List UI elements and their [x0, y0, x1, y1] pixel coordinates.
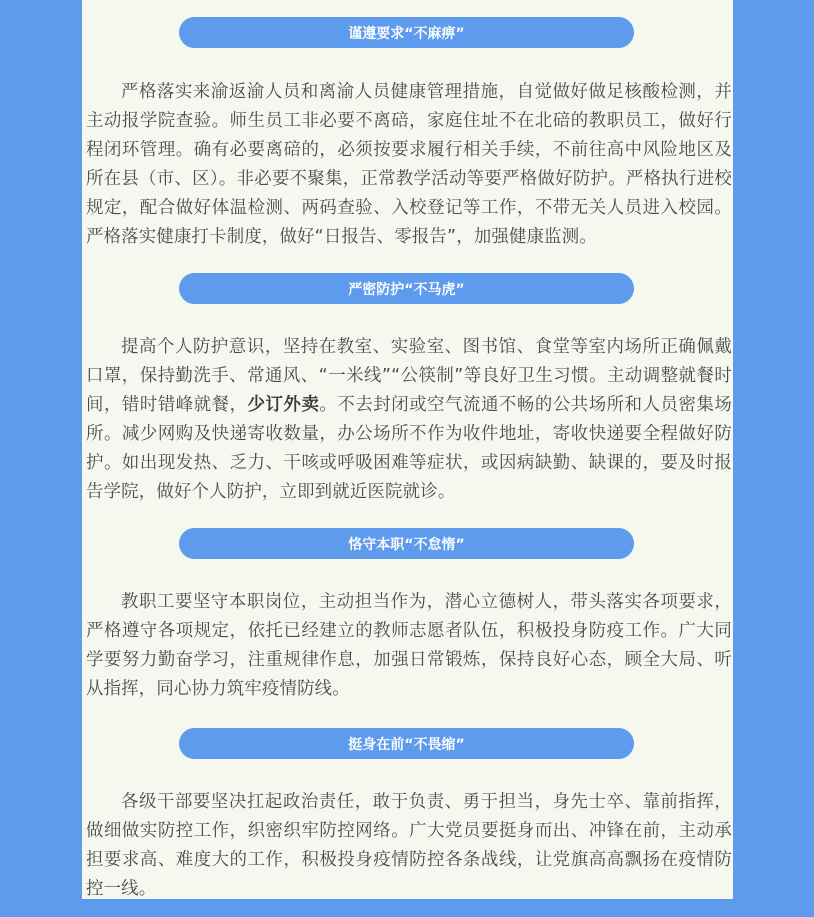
section-paragraph-3: 教职工要坚守本职岗位，主动担当作为，潜心立德树人，带头落实各项要求，严格遵守各项… [86, 588, 732, 704]
section-paragraph-2: 提高个人防护意识，坚持在教室、实验室、图书馆、食堂等室内场所正确佩戴口罩，保持勤… [86, 333, 732, 507]
section-heading-4-text: 挺身在前“不畏缩” [348, 734, 464, 754]
section-paragraph-4: 各级干部要坚决扛起政治责任，敢于负责、勇于担当，身先士卒、靠前指挥，做细做实防控… [86, 788, 732, 904]
section-paragraph-1: 严格落实来渝返渝人员和离渝人员健康管理措施，自觉做好做足核酸检测，并主动报学院查… [86, 78, 732, 252]
article-panel: 谨遵要求“不麻痹” 严格落实来渝返渝人员和离渝人员健康管理措施，自觉做好做足核酸… [82, 0, 733, 899]
section-heading-3: 恪守本职“不怠惰” [179, 528, 634, 559]
section-heading-1: 谨遵要求“不麻痹” [179, 17, 634, 48]
section-heading-2: 严密防护“不马虎” [179, 273, 634, 304]
section-heading-3-text: 恪守本职“不怠惰” [348, 534, 464, 554]
paragraph-2-bold-phrase: 少订外卖 [248, 395, 320, 415]
section-heading-2-text: 严密防护“不马虎” [348, 279, 464, 299]
section-heading-4: 挺身在前“不畏缩” [179, 728, 634, 759]
section-heading-1-text: 谨遵要求“不麻痹” [348, 23, 464, 43]
